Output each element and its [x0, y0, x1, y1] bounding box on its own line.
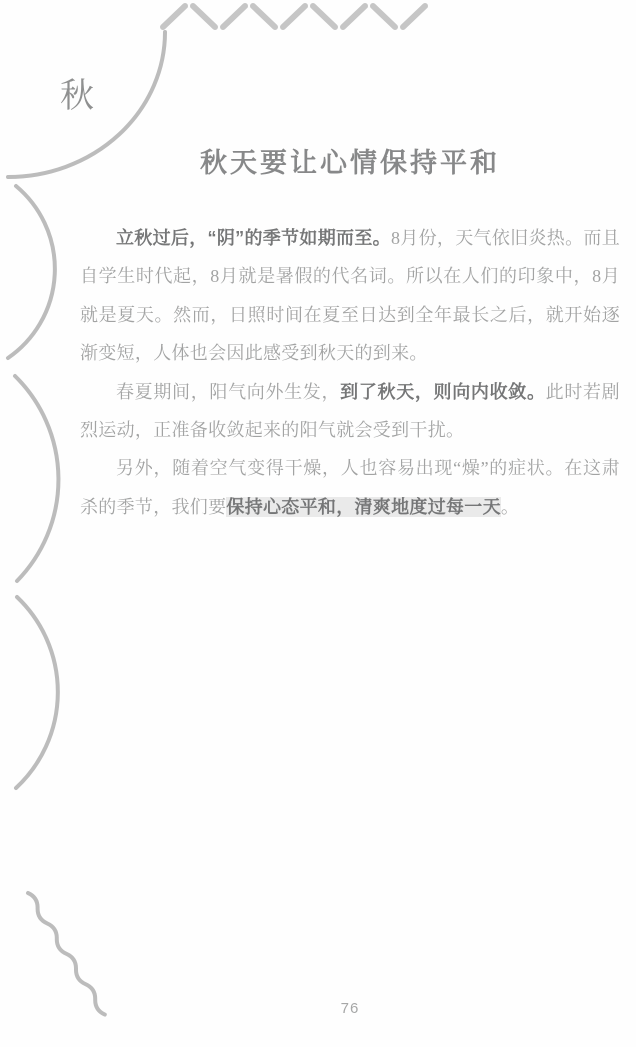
scallop-arc-3 — [16, 597, 58, 788]
text-segment: 8月份，天气依旧炎热。而且自学生时代起，8月就是暑假的代名词。所以在人们的印象中… — [80, 228, 620, 363]
body-text: 立秋过后，“阴”的季节如期而至。8月份，天气依旧炎热。而且自学生时代起，8月就是… — [80, 219, 620, 526]
paragraph: 春夏期间，阳气向外生发，到了秋天，则向内收敛。此时若剧烈运动，正准备收敛起来的阳… — [80, 373, 620, 450]
paragraph: 立秋过后，“阴”的季节如期而至。8月份，天气依旧炎热。而且自学生时代起，8月就是… — [80, 219, 620, 373]
text-segment: 到了秋天，则向内收敛。 — [340, 382, 545, 402]
text-segment: 春夏期间，阳气向外生发， — [116, 382, 340, 402]
slash-pattern-icon — [163, 6, 425, 27]
title-row: 秋天要让心情保持平和 — [80, 141, 620, 180]
squiggle-ornament — [28, 893, 105, 1015]
chapter-marker: 秋 — [60, 68, 95, 117]
text-segment: 。 — [501, 497, 519, 517]
text-segment: 立秋过后，“阴”的季节如期而至。 — [116, 228, 391, 248]
scallop-arc-1 — [8, 186, 55, 358]
paragraph: 另外，随着空气变得干燥，人也容易出现“燥”的症状。在这肃杀的季节，我们要保持心态… — [80, 449, 620, 526]
page-number: 76 — [80, 1000, 620, 1017]
book-page: 秋 秋天要让心情保持平和 立秋过后，“阴”的季节如期而至。8月份，天气依旧炎热。… — [0, 0, 636, 1047]
page-title: 秋天要让心情保持平和 — [200, 141, 500, 180]
scallop-arc-2 — [15, 376, 58, 581]
text-segment: 保持心态平和，清爽地度过每一天 — [226, 497, 501, 517]
